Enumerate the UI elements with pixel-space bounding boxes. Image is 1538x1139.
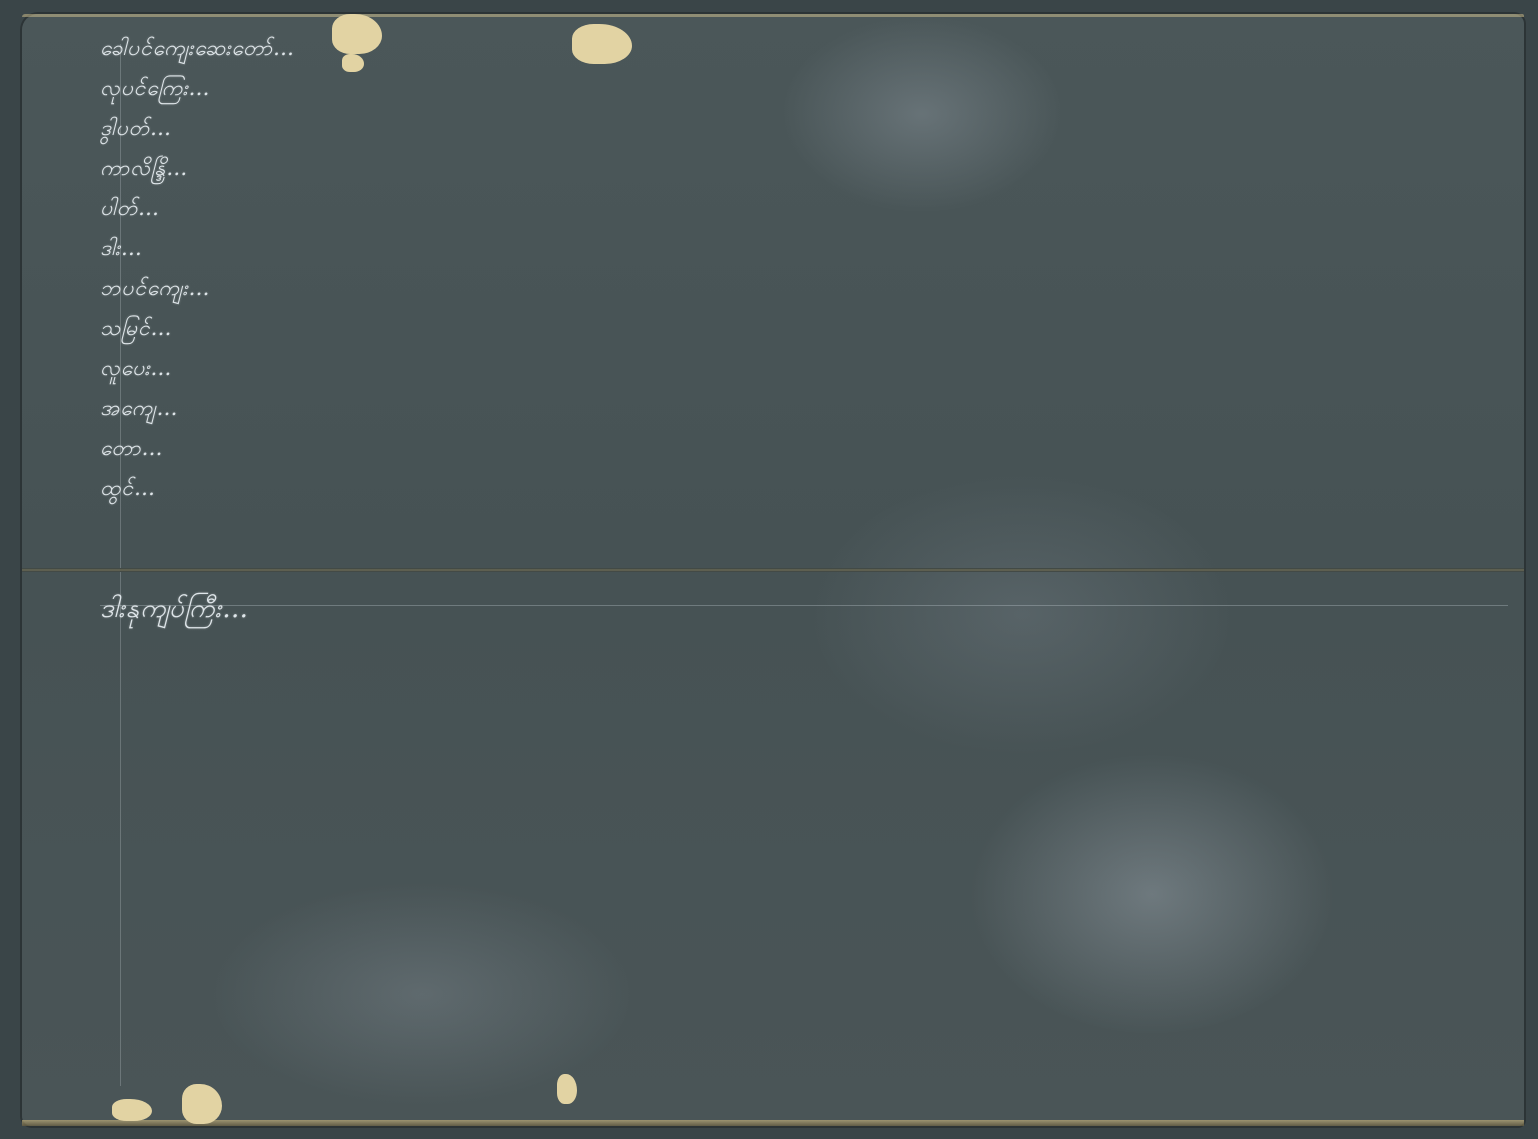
text-line: ခေါပင်ကျေးဆေးတော်… bbox=[100, 28, 1480, 68]
text-line: တော… bbox=[100, 428, 1480, 468]
paper-damage bbox=[557, 1074, 577, 1104]
text-line: သမြင်… bbox=[100, 308, 1480, 348]
text-line: အကျေ… bbox=[100, 388, 1480, 428]
text-line: ဘပင်ကျေး… bbox=[100, 268, 1480, 308]
paper-damage bbox=[112, 1099, 152, 1121]
text-line: ကာလိန္ဒြိ… bbox=[100, 148, 1480, 188]
upper-text: ခေါပင်ကျေးဆေးတော်… လုပင်ကြေး… ဒွါပတ်… ကာ… bbox=[100, 28, 1480, 508]
text-line: လုပင်ကြေး… bbox=[100, 68, 1480, 108]
text-line: ဒွါပတ်… bbox=[100, 108, 1480, 148]
text-line: ပါတ်… bbox=[100, 188, 1480, 228]
text-line: လူပေး… bbox=[100, 348, 1480, 388]
worn-top-edge bbox=[22, 14, 1524, 17]
text-line: ဒါးနုကျပ်ကြီး… bbox=[100, 584, 1480, 634]
paper-damage bbox=[182, 1084, 222, 1124]
text-line: ဒါး… bbox=[100, 228, 1480, 268]
text-line: ထွင်… bbox=[100, 468, 1480, 508]
lower-text: ဒါးနုကျပ်ကြီး… bbox=[100, 584, 1480, 634]
fold-crease bbox=[22, 568, 1524, 572]
worn-bottom-edge bbox=[22, 1120, 1524, 1126]
